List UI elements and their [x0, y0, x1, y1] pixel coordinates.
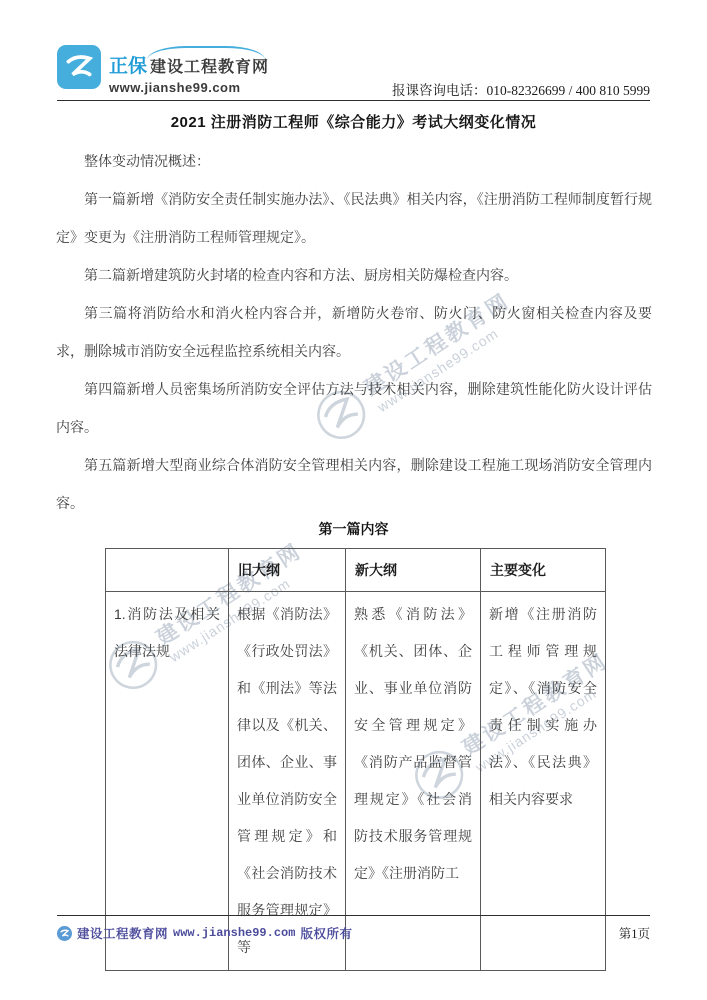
- document-page: 建设工程教育网 www.jianshe99.com 建设工程教育网 www.ji…: [0, 0, 707, 1000]
- cell-new-syllabus: 熟悉《消防法》《机关、团体、企业、事业单位消防安全管理规定》《消防产品监督管理规…: [346, 592, 481, 971]
- body-paragraph: 第一篇新增《消防安全责任制实施办法》、《民法典》相关内容，《注册消防工程师制度暂…: [56, 180, 652, 256]
- document-title: 2021 注册消防工程师《综合能力》考试大纲变化情况: [0, 111, 707, 132]
- document-body: 整体变动情况概述： 第一篇新增《消防安全责任制实施办法》、《民法典》相关内容，《…: [56, 142, 652, 522]
- page-number: 第1页: [619, 924, 650, 942]
- footer-copyright: 建设工程教育网 www.jianshe99.com 版权所有: [57, 924, 352, 942]
- footer-site-name: 建设工程教育网: [77, 924, 168, 942]
- cell-main-changes: 新增《注册消防工程师管理规定》、《消防安全责任制实施办法》、《民法典》相关内容要…: [481, 592, 606, 971]
- page-header: 正保 建设工程教育网 www.jianshe99.com 报课咨询电话：010-…: [57, 45, 650, 100]
- cell-old-syllabus: 根据《消防法》《行政处罚法》和《刑法》等法律以及《机关、团体、企业、事业单位消防…: [229, 592, 346, 971]
- table-header-changes: 主要变化: [481, 549, 606, 592]
- syllabus-comparison-table: 旧大纲 新大纲 主要变化 1.消防法及相关法律法规 根据《消防法》《行政处罚法》…: [105, 548, 606, 971]
- footer-site-url: www.jianshe99.com: [173, 926, 295, 940]
- brand-arc: [147, 46, 265, 60]
- table-header-row: 旧大纲 新大纲 主要变化: [106, 549, 606, 592]
- body-paragraph: 第二篇新增建筑防火封堵的检查内容和方法、厨房相关防爆检查内容。: [56, 256, 652, 294]
- section-heading: 第一篇内容: [0, 519, 707, 539]
- cell-topic: 1.消防法及相关法律法规: [106, 592, 229, 971]
- footer-logo-icon: [57, 926, 72, 941]
- table-row: 1.消防法及相关法律法规 根据《消防法》《行政处罚法》和《刑法》等法律以及《机关…: [106, 592, 606, 971]
- table-header-new: 新大纲: [346, 549, 481, 592]
- footer-copyright-text: 版权所有: [300, 924, 352, 942]
- page-footer: 建设工程教育网 www.jianshe99.com 版权所有 第1页: [57, 924, 650, 942]
- table-header-topic: [106, 549, 229, 592]
- brand-text: 正保 建设工程教育网 www.jianshe99.com: [109, 45, 269, 95]
- body-paragraph: 第三篇将消防给水和消火栓内容合并，新增防火卷帘、防火门、防火窗相关检查内容及要求…: [56, 294, 652, 370]
- consult-phone-numbers: 010-82326699 / 400 810 5999: [487, 83, 651, 98]
- brand-site-url: www.jianshe99.com: [109, 80, 269, 95]
- consult-phone: 报课咨询电话：010-82326699 / 400 810 5999: [392, 79, 650, 99]
- table-header-old: 旧大纲: [229, 549, 346, 592]
- body-paragraph: 整体变动情况概述：: [56, 142, 652, 180]
- brand-prefix: 正保: [109, 51, 147, 78]
- footer-divider: [57, 915, 650, 916]
- consult-phone-label: 报课咨询电话：: [392, 83, 487, 98]
- header-divider: [57, 100, 650, 101]
- body-paragraph: 第五篇新增大型商业综合体消防安全管理相关内容，删除建设工程施工现场消防安全管理内…: [56, 446, 652, 522]
- body-paragraph: 第四篇新增人员密集场所消防安全评估方法与技术相关内容，删除建筑性能化防火设计评估…: [56, 370, 652, 446]
- z-swoosh-logo-icon: [57, 45, 101, 89]
